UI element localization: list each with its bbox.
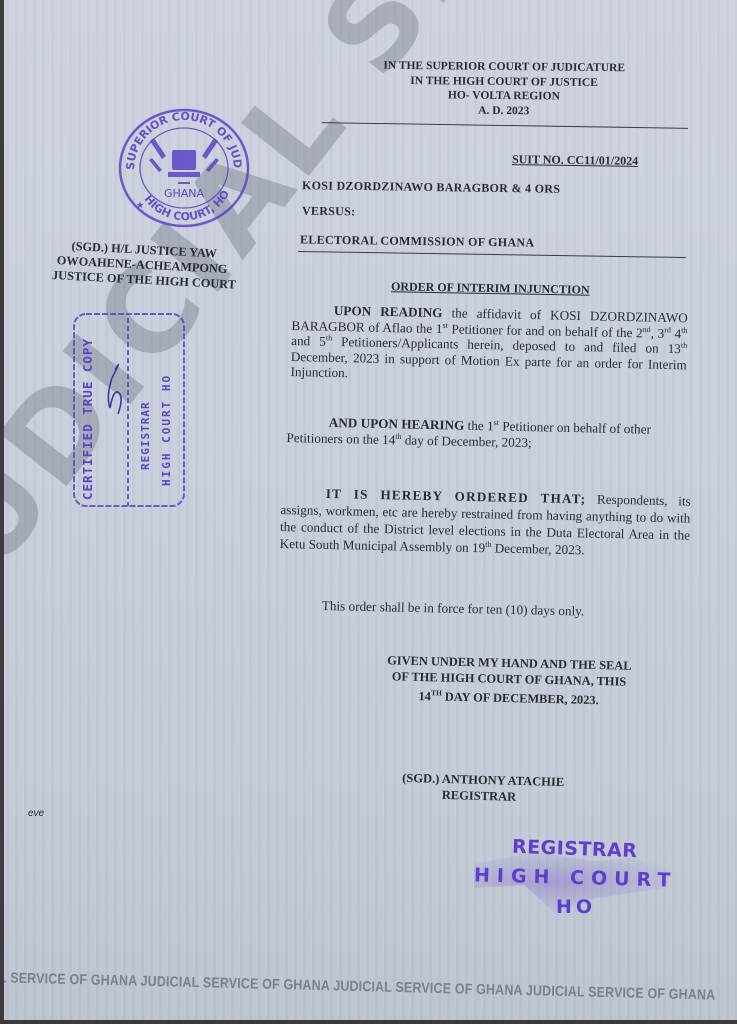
upon-reading-lead: UPON READING — [334, 303, 443, 320]
upon-hearing-paragraph: AND UPON HEARING the 1st Petitioner on b… — [286, 414, 691, 454]
certified-registrar: REGISTRAR — [139, 401, 152, 470]
svg-text:★: ★ — [136, 200, 144, 210]
respondent-name: ELECTORAL COMMISSION OF GHANA — [300, 232, 535, 250]
signature-icon — [108, 365, 121, 414]
certified-court: HIGH COURT HO — [160, 374, 173, 486]
given-under-hand: GIVEN UNDER MY HAND AND THE SEAL OF THE … — [343, 652, 674, 710]
ordered-paragraph: IT IS HEREBY ORDERED THAT; Respondents, … — [280, 484, 691, 561]
judge-signature: (SGD.) H/L JUSTICE YAW OWOAHENE-ACHEAMPO… — [52, 238, 294, 295]
order-title: ORDER OF INTERIM INJUNCTION — [391, 279, 590, 297]
document-page: JUDICIAL SERVICE IN THE SUPERIOR COURT O… — [4, 0, 737, 1020]
margin-note: eve — [28, 808, 44, 819]
footer-watermark: AL SERVICE OF GHANA JUDICIAL SERVICE OF … — [4, 970, 716, 1004]
parties-divider — [298, 251, 686, 258]
certified-true-copy-stamp: CERTIFIED TRUE COPY REGISTRAR HIGH COURT… — [70, 310, 188, 510]
court-header: IN THE SUPERIOR COURT OF JUDICATURE IN T… — [324, 58, 685, 120]
coat-of-arms-icon — [149, 138, 219, 184]
registrar-stamp: REGISTRAR HIGH COURT HO — [474, 830, 684, 925]
versus-label: VERSUS: — [302, 204, 356, 220]
duration-paragraph: This order shall be in force for ten (10… — [322, 598, 682, 621]
seal-center: GHANA — [164, 187, 205, 200]
certified-text: CERTIFIED TRUE COPY — [80, 338, 95, 500]
court-seal-stamp: SUPERIOR COURT OF JUDICATURE HIGH COURT,… — [112, 100, 257, 235]
petitioner-name: KOSI DZORDZINAWO BARAGBOR & 4 ORS — [302, 178, 560, 197]
header-divider — [322, 122, 688, 129]
suit-number: SUIT NO. CC11/01/2024 — [512, 152, 638, 169]
upon-reading-paragraph: UPON READING the affidavit of KOSI DZORD… — [290, 302, 688, 388]
header-line: A. D. 2023 — [324, 102, 684, 120]
registrar-signature: (SGD.) ANTHONY ATACHIE REGISTRAR — [402, 771, 565, 806]
